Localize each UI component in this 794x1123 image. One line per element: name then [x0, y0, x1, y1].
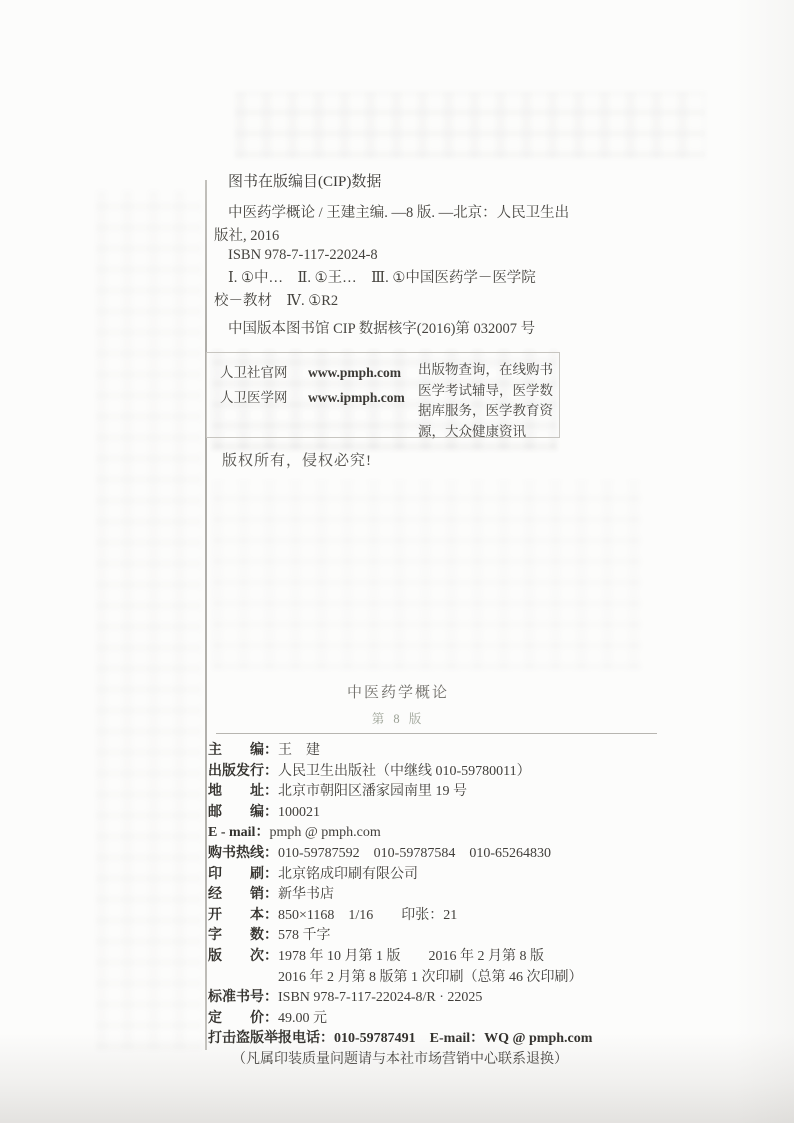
publication-info-label: 字 数：: [208, 926, 278, 947]
publisher-site-url: www.ipmph.com: [308, 385, 418, 410]
publication-info-row: 邮 编： 100021: [208, 803, 668, 824]
publication-info-value: 2016 年 2 月第 8 版第 1 次印刷（总第 46 次印刷）: [208, 968, 583, 989]
publication-info-row: 地 址： 北京市朝阳区潘家园南里 19 号: [208, 782, 668, 803]
publication-info-value: ISBN 978-7-117-22024-8/R · 22025: [278, 988, 482, 1009]
publication-info-label: 地 址：: [208, 782, 278, 803]
publication-info-row: 印 刷： 北京铭成印刷有限公司: [208, 865, 668, 886]
edition-label: 第 8 版: [268, 709, 528, 727]
cip-description-line: 中医药学概论 / 王建主编. —8 版. —北京：人民卫生出: [214, 202, 614, 225]
publication-info-row: 购书热线： 010-59787592 010-59787584 010-6526…: [208, 844, 668, 865]
publication-info-value: 新华书店: [278, 885, 334, 906]
publication-info-value: 1978 年 10 月第 1 版 2016 年 2 月第 8 版: [278, 947, 544, 968]
publication-info-value: 010-59787592 010-59787584 010-65264830: [278, 844, 551, 865]
half-title-block: 中医药学概论 第 8 版: [268, 681, 528, 727]
publication-info-label: 印 刷：: [208, 865, 278, 886]
publisher-services-text: 出版物查询，在线购书医学考试辅导，医学数据库服务，医学教育资源，大众健康资讯: [418, 360, 553, 437]
cip-heading: 图书在版编目(CIP)数据: [228, 171, 628, 194]
section-divider-rule: [216, 733, 657, 734]
publication-info-label: 经 销：: [208, 885, 278, 906]
publisher-site-names: 人卫社官网人卫医学网: [220, 360, 308, 437]
publication-info-row: 字 数： 578 千字: [208, 926, 668, 947]
publication-info-label: 版 次：: [208, 947, 278, 968]
publication-info-value: 49.00 元: [278, 1009, 327, 1030]
cip-description: 中医药学概论 / 王建主编. —8 版. —北京：人民卫生出版社, 2016: [214, 202, 614, 248]
publisher-site-name: 人卫社官网: [220, 360, 308, 385]
publication-info-row: 标准书号： ISBN 978-7-117-22024-8/R · 22025: [208, 988, 668, 1009]
publication-info-label: 购书热线：: [208, 844, 278, 865]
copyright-notice: 版权所有，侵权必究!: [222, 449, 372, 470]
publication-info-value: 北京铭成印刷有限公司: [278, 865, 418, 886]
publication-info-row: 定 价： 49.00 元: [208, 1009, 668, 1030]
cip-classification-line: 校－教材 Ⅳ. ①R2: [214, 290, 614, 313]
scan-shadow-right: [734, 0, 794, 1123]
anti-piracy-hotline: 打击盗版举报电话：010-59787491 E-mail：WQ @ pmph.c…: [208, 1029, 668, 1050]
publication-info-label: 邮 编：: [208, 803, 278, 824]
publication-info-row: 版 次： 1978 年 10 月第 1 版 2016 年 2 月第 8 版: [208, 947, 668, 968]
left-margin-rule: [205, 180, 207, 1050]
publication-info-value: 850×1168 1/16 印张：21: [278, 906, 457, 927]
publisher-service-line: 据库服务，医学教育资: [418, 401, 553, 422]
publisher-service-line: 医学考试辅导，医学数: [418, 381, 553, 402]
publication-info-value: 王 建: [278, 741, 320, 762]
bleed-through-texture: [96, 190, 201, 1050]
publication-info-value: 578 千字: [278, 926, 331, 947]
publication-info-value: 100021: [278, 803, 320, 824]
cip-classification: Ⅰ. ①中… Ⅱ. ①王… Ⅲ. ①中国医药学－医学院校－教材 Ⅳ. ①R2: [214, 267, 614, 313]
publication-info-row: E - mail： pmph @ pmph.com: [208, 823, 668, 844]
quality-return-note: （凡属印装质量问题请与本社市场营销中心联系退换）: [208, 1050, 668, 1071]
publication-info: 主 编： 王 建 出版发行： 人民卫生出版社（中继线 010-59780011）…: [208, 741, 668, 1071]
publication-info-label: 主 编：: [208, 741, 278, 762]
cip-isbn: ISBN 978-7-117-22024-8: [228, 244, 628, 267]
publication-info-value: 人民卫生出版社（中继线 010-59780011）: [278, 762, 531, 783]
publication-info-value: pmph @ pmph.com: [269, 823, 380, 844]
publication-info-label: 出版发行：: [208, 762, 278, 783]
cip-registry-number: 中国版本图书馆 CIP 数据核字(2016)第 032007 号: [228, 318, 628, 341]
publisher-site-urls: www.pmph.comwww.ipmph.com: [308, 360, 418, 437]
bleed-through-texture: [212, 480, 642, 670]
publisher-site-name: 人卫医学网: [220, 385, 308, 410]
publisher-site-url: www.pmph.com: [308, 360, 418, 385]
book-title: 中医药学概论: [268, 681, 528, 702]
publication-info-row: 经 销： 新华书店: [208, 885, 668, 906]
publication-info-label: 定 价：: [208, 1009, 278, 1030]
publication-info-row: 出版发行： 人民卫生出版社（中继线 010-59780011）: [208, 762, 668, 783]
cip-classification-line: Ⅰ. ①中… Ⅱ. ①王… Ⅲ. ①中国医药学－医学院: [214, 267, 614, 290]
copyright-page: 图书在版编目(CIP)数据 中医药学概论 / 王建主编. —8 版. —北京：人…: [0, 0, 794, 1123]
publisher-service-line: 出版物查询，在线购书: [418, 360, 553, 381]
publication-info-row: 开 本： 850×1168 1/16 印张：21: [208, 906, 668, 927]
publication-info-value: 北京市朝阳区潘家园南里 19 号: [278, 782, 467, 803]
publication-info-label: 标准书号：: [208, 988, 278, 1009]
publisher-service-line: 源，大众健康资讯: [418, 422, 553, 443]
publisher-services-box: 人卫社官网人卫医学网 www.pmph.comwww.ipmph.com 出版物…: [206, 352, 560, 438]
publication-info-row: 2016 年 2 月第 8 版第 1 次印刷（总第 46 次印刷）: [208, 968, 668, 989]
publication-info-label: 开 本：: [208, 906, 278, 927]
publication-info-rows: 主 编： 王 建 出版发行： 人民卫生出版社（中继线 010-59780011）…: [208, 741, 668, 1029]
publication-info-row: 主 编： 王 建: [208, 741, 668, 762]
publication-info-label: E - mail：: [208, 823, 269, 844]
bleed-through-texture: [235, 92, 705, 158]
